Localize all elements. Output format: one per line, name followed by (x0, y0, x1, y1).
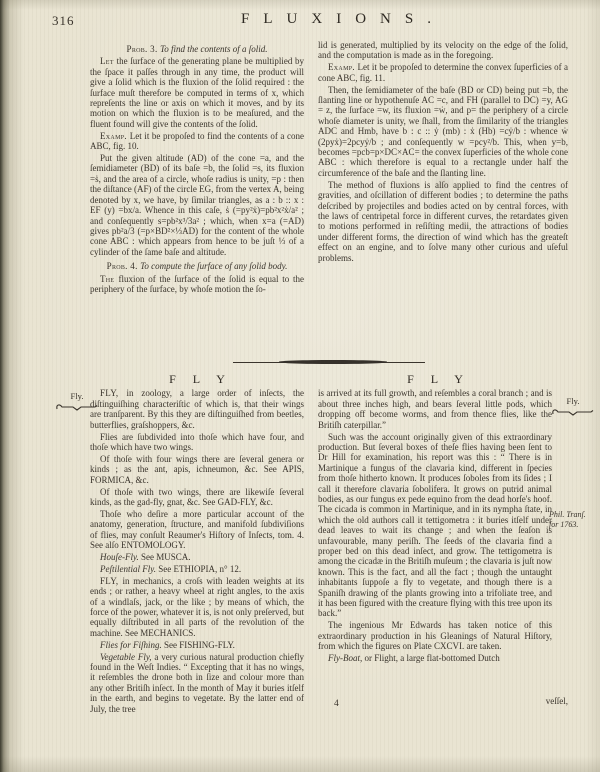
fly-left-paragraphs: FLY, in zoology, a large order of inſect… (90, 388, 304, 714)
paragraph: Fly-Boat, or Flight, a large flat-bottom… (318, 653, 552, 663)
paragraph-text: Of thoſe with four wings there are ſever… (90, 454, 304, 485)
paragraph: lid is generated, multiplied by its velo… (318, 40, 568, 61)
paragraph-text: See FISHING-FLY. (164, 640, 235, 650)
paragraph: Prob. 3. To find the contents of a ſolid… (90, 44, 304, 54)
paragraph-lead: Let (100, 56, 117, 66)
paragraph-text: See MUSCA. (141, 552, 191, 562)
paragraph: The ingenious Mr Edwards has taken notic… (318, 620, 552, 651)
paragraph-lead: FLY, (100, 388, 127, 398)
signature-mark: 4 (334, 699, 339, 709)
paragraph-text: To find the contents of a ſolid. (160, 44, 267, 54)
paragraph: The method of fluxions is alſo applied t… (318, 180, 568, 263)
paragraph: Then, the ſemidiameter of the baſe (BD o… (318, 85, 568, 179)
paragraph-lead: Fly-Boat, (328, 653, 365, 663)
paragraph-text: the ſurface of the generating plane be m… (90, 56, 304, 128)
paragraph-text: Such was the account originally given of… (318, 432, 552, 619)
fluxions-right-column: lid is generated, multiplied by its velo… (318, 40, 568, 265)
fly-heading-left: F L Y (90, 374, 304, 384)
paragraph: The fluxion of the ſurface of the ſolid … (90, 274, 304, 295)
book-page-scan: 316 FLUXIONS. Prob. 3. To find the conte… (0, 0, 600, 772)
page-number: 316 (52, 13, 75, 29)
paragraph-lead: Prob. 4. (107, 261, 141, 271)
paragraph-lead: Examp. (100, 131, 130, 141)
paragraph-text: To compute the ſurface of any ſolid body… (140, 261, 287, 271)
catchword: veſſel, (520, 696, 568, 706)
paragraph-text: The ingenious Mr Edwards has taken notic… (318, 620, 552, 651)
paragraph: Flies for Fiſhing. See FISHING-FLY. (90, 640, 304, 650)
paragraph: Examp. Let it be propoſed to find the co… (90, 131, 304, 152)
paragraph: Examp. Let it be propoſed to determine t… (318, 62, 568, 83)
paragraph: Flies are ſubdivided into thoſe which ha… (90, 432, 304, 453)
paragraph-text: The method of fluxions is alſo applied t… (318, 180, 568, 263)
source-reference-note: Phil. Tranſ. for 1763. (549, 510, 599, 529)
fluxions-left-column: Prob. 3. To find the contents of a ſolid… (90, 40, 304, 296)
paragraph-text: Of thoſe with two wings, there are likew… (90, 487, 304, 507)
paragraph: Put the given altitude (AD) of the cone … (90, 153, 304, 257)
paragraph: Such was the account originally given of… (318, 432, 552, 619)
paragraph-text: Then, the ſemidiameter of the baſe (BD o… (318, 85, 568, 178)
paragraph-lead: Houſe-Fly. (100, 552, 141, 562)
fly-left-column: F L Y FLY, in zoology, a large order of … (90, 374, 304, 716)
right-margin-entry-label: Fly. (567, 396, 580, 406)
paragraph-lead: Peſtilential Fly. (100, 564, 158, 574)
paragraph-text: in mechanics, a croſs with leaden weight… (90, 576, 304, 638)
paragraph-text: fluxion of the ſurface of the ſolid is e… (90, 274, 304, 294)
fly-right-column: F L Y is arrived at its full growth, and… (318, 374, 552, 665)
paragraph-text: Flies are ſubdivided into thoſe which ha… (90, 432, 304, 452)
paragraph-text: lid is generated, multiplied by its velo… (318, 40, 568, 60)
paragraph: FLY, in zoology, a large order of inſect… (90, 388, 304, 430)
paragraph-text: is arrived at its full growth, and reſem… (318, 388, 552, 429)
paragraph: Peſtilential Fly. See ETHIOPIA, n° 12. (90, 564, 304, 574)
paragraph-text: Put the given altitude (AD) of the cone … (90, 153, 304, 257)
source-reference-line1: Phil. Tranſ. (549, 510, 586, 519)
brace-ornament-icon (552, 406, 594, 419)
paragraph-lead: Examp. (328, 62, 358, 72)
paragraph-lead: The (100, 274, 118, 284)
paragraph-lead: Prob. 3. (127, 44, 161, 54)
paragraph-lead: FLY, (100, 576, 122, 586)
paragraph: Prob. 4. To compute the ſurface of any ſ… (90, 261, 304, 271)
fly-right-paragraphs: is arrived at its full growth, and reſem… (318, 388, 552, 663)
running-head-title: FLUXIONS. (90, 11, 582, 28)
paragraph: FLY, in mechanics, a croſs with leaden w… (90, 576, 304, 638)
paragraph: is arrived at its full growth, and reſem… (318, 388, 552, 430)
source-reference-line2: for 1763. (549, 520, 578, 529)
right-margin-entry-note: Fly. (552, 397, 594, 418)
paragraph: Thoſe who deſire a more particular accou… (90, 509, 304, 551)
paragraph-lead: Vegetable Fly, (100, 652, 154, 662)
paragraph: Of thoſe with four wings there are ſever… (90, 454, 304, 485)
paragraph: Of thoſe with two wings, there are likew… (90, 487, 304, 508)
paragraph: Let the ſurface of the generating plane … (90, 56, 304, 129)
paragraph: Vegetable Fly, a very curious natural pr… (90, 652, 304, 714)
paragraph: Houſe-Fly. See MUSCA. (90, 552, 304, 562)
section-divider-rule (233, 359, 425, 365)
fly-heading-right: F L Y (318, 374, 552, 384)
left-margin-entry-note: Fly. (56, 392, 98, 413)
paragraph-lead: Flies for Fiſhing. (100, 640, 164, 650)
paragraph-text: or Flight, a large flat-bottomed Dutch (365, 653, 500, 663)
left-margin-entry-label: Fly. (71, 391, 84, 401)
paragraph-text: See ETHIOPIA, n° 12. (158, 564, 241, 574)
paragraph-text: Thoſe who deſire a more particular accou… (90, 509, 304, 550)
brace-ornament-icon (56, 401, 98, 414)
